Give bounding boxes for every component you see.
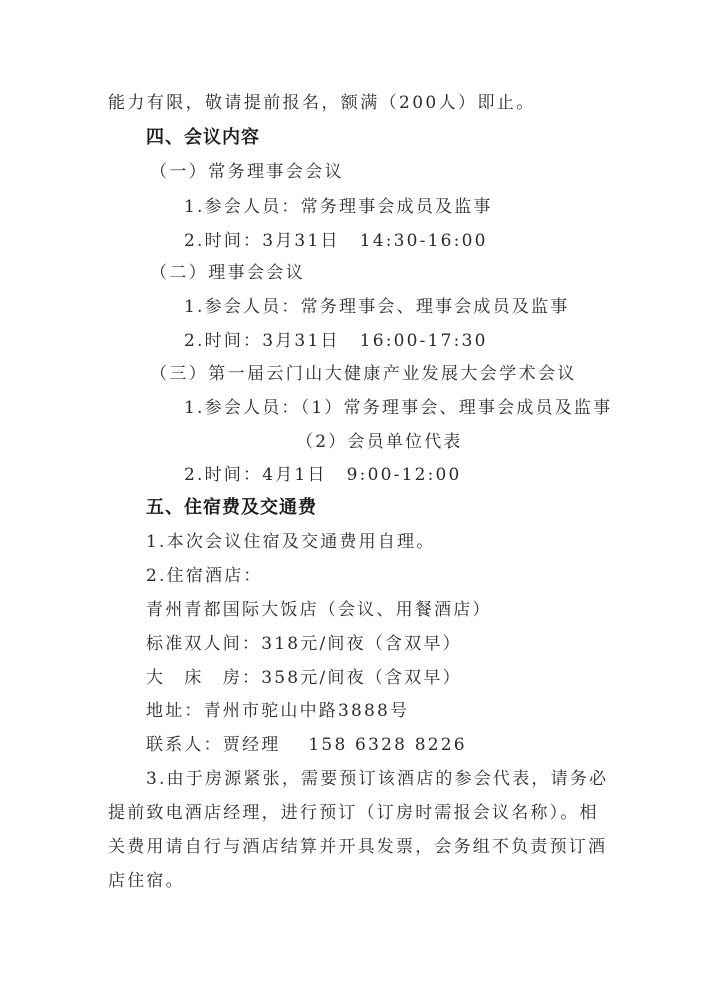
lodging-item-3-line-1: 3.由于房源紧张，需要预订该酒店的参会代表，请务必	[146, 768, 608, 790]
intro-tail: 能力有限，敬请提前报名，额满（200人）即止。	[108, 92, 536, 114]
lodging-item-3-line-4: 店住宿。	[108, 870, 185, 892]
meeting-2-time: 2.时间：3月31日16:00-17:30	[184, 330, 488, 352]
room-king-value: ：358元/间夜（含双早）	[242, 668, 462, 688]
meeting-3-attendees: 1.参会人员：（1）常务理事会、理事会成员及监事	[184, 397, 612, 419]
time-value: 14:30-16:00	[360, 231, 488, 251]
room-king: 大 床 房：358元/间夜（含双早）	[146, 667, 462, 689]
room-king-label: 大 床 房	[146, 668, 242, 688]
contact-label: 联系人：贾经理	[146, 735, 280, 755]
time-label: 2.时间：3月31日	[184, 231, 340, 251]
time-value: 9:00-12:00	[347, 465, 462, 485]
lodging-item-3-line-3: 关费用请自行与酒店结算并开具发票，会务组不负责预订酒	[108, 836, 607, 858]
meeting-3-attendees-2: （2）会员单位代表	[296, 431, 463, 453]
hotel-contact: 联系人：贾经理158 6328 8226	[146, 734, 467, 756]
meeting-3-title: （三）第一届云门山大健康产业发展大会学术会议	[150, 363, 577, 385]
lodging-item-1: 1.本次会议住宿及交通费用自理。	[146, 531, 435, 553]
meeting-1-attendees: 1.参会人员：常务理事会成员及监事	[184, 196, 493, 218]
room-standard: 标准双人间：318元/间夜（含双早）	[146, 633, 462, 655]
contact-phone: 158 6328 8226	[308, 735, 466, 755]
section-5-heading: 五、住宿费及交通费	[146, 497, 317, 519]
time-label: 2.时间：3月31日	[184, 331, 340, 351]
hotel-address: 地址：青州市驼山中路3888号	[146, 700, 409, 722]
meeting-3-time: 2.时间：4月1日9:00-12:00	[184, 464, 462, 486]
meeting-1-title: （一）常务理事会会议	[150, 161, 344, 183]
section-4-heading: 四、会议内容	[146, 127, 260, 149]
meeting-2-attendees: 1.参会人员：常务理事会、理事会成员及监事	[184, 296, 569, 318]
meeting-1-time: 2.时间：3月31日14:30-16:00	[184, 230, 488, 252]
lodging-item-2: 2.住宿酒店：	[146, 565, 263, 587]
time-label: 2.时间：4月1日	[184, 465, 327, 485]
time-value: 16:00-17:30	[360, 331, 488, 351]
lodging-item-3-line-2: 提前致电酒店经理，进行预订（订房时需报会议名称）。相	[108, 802, 599, 824]
hotel-name: 青州青都国际大饭店（会议、用餐酒店）	[146, 599, 492, 621]
meeting-2-title: （二）理事会会议	[150, 262, 305, 284]
